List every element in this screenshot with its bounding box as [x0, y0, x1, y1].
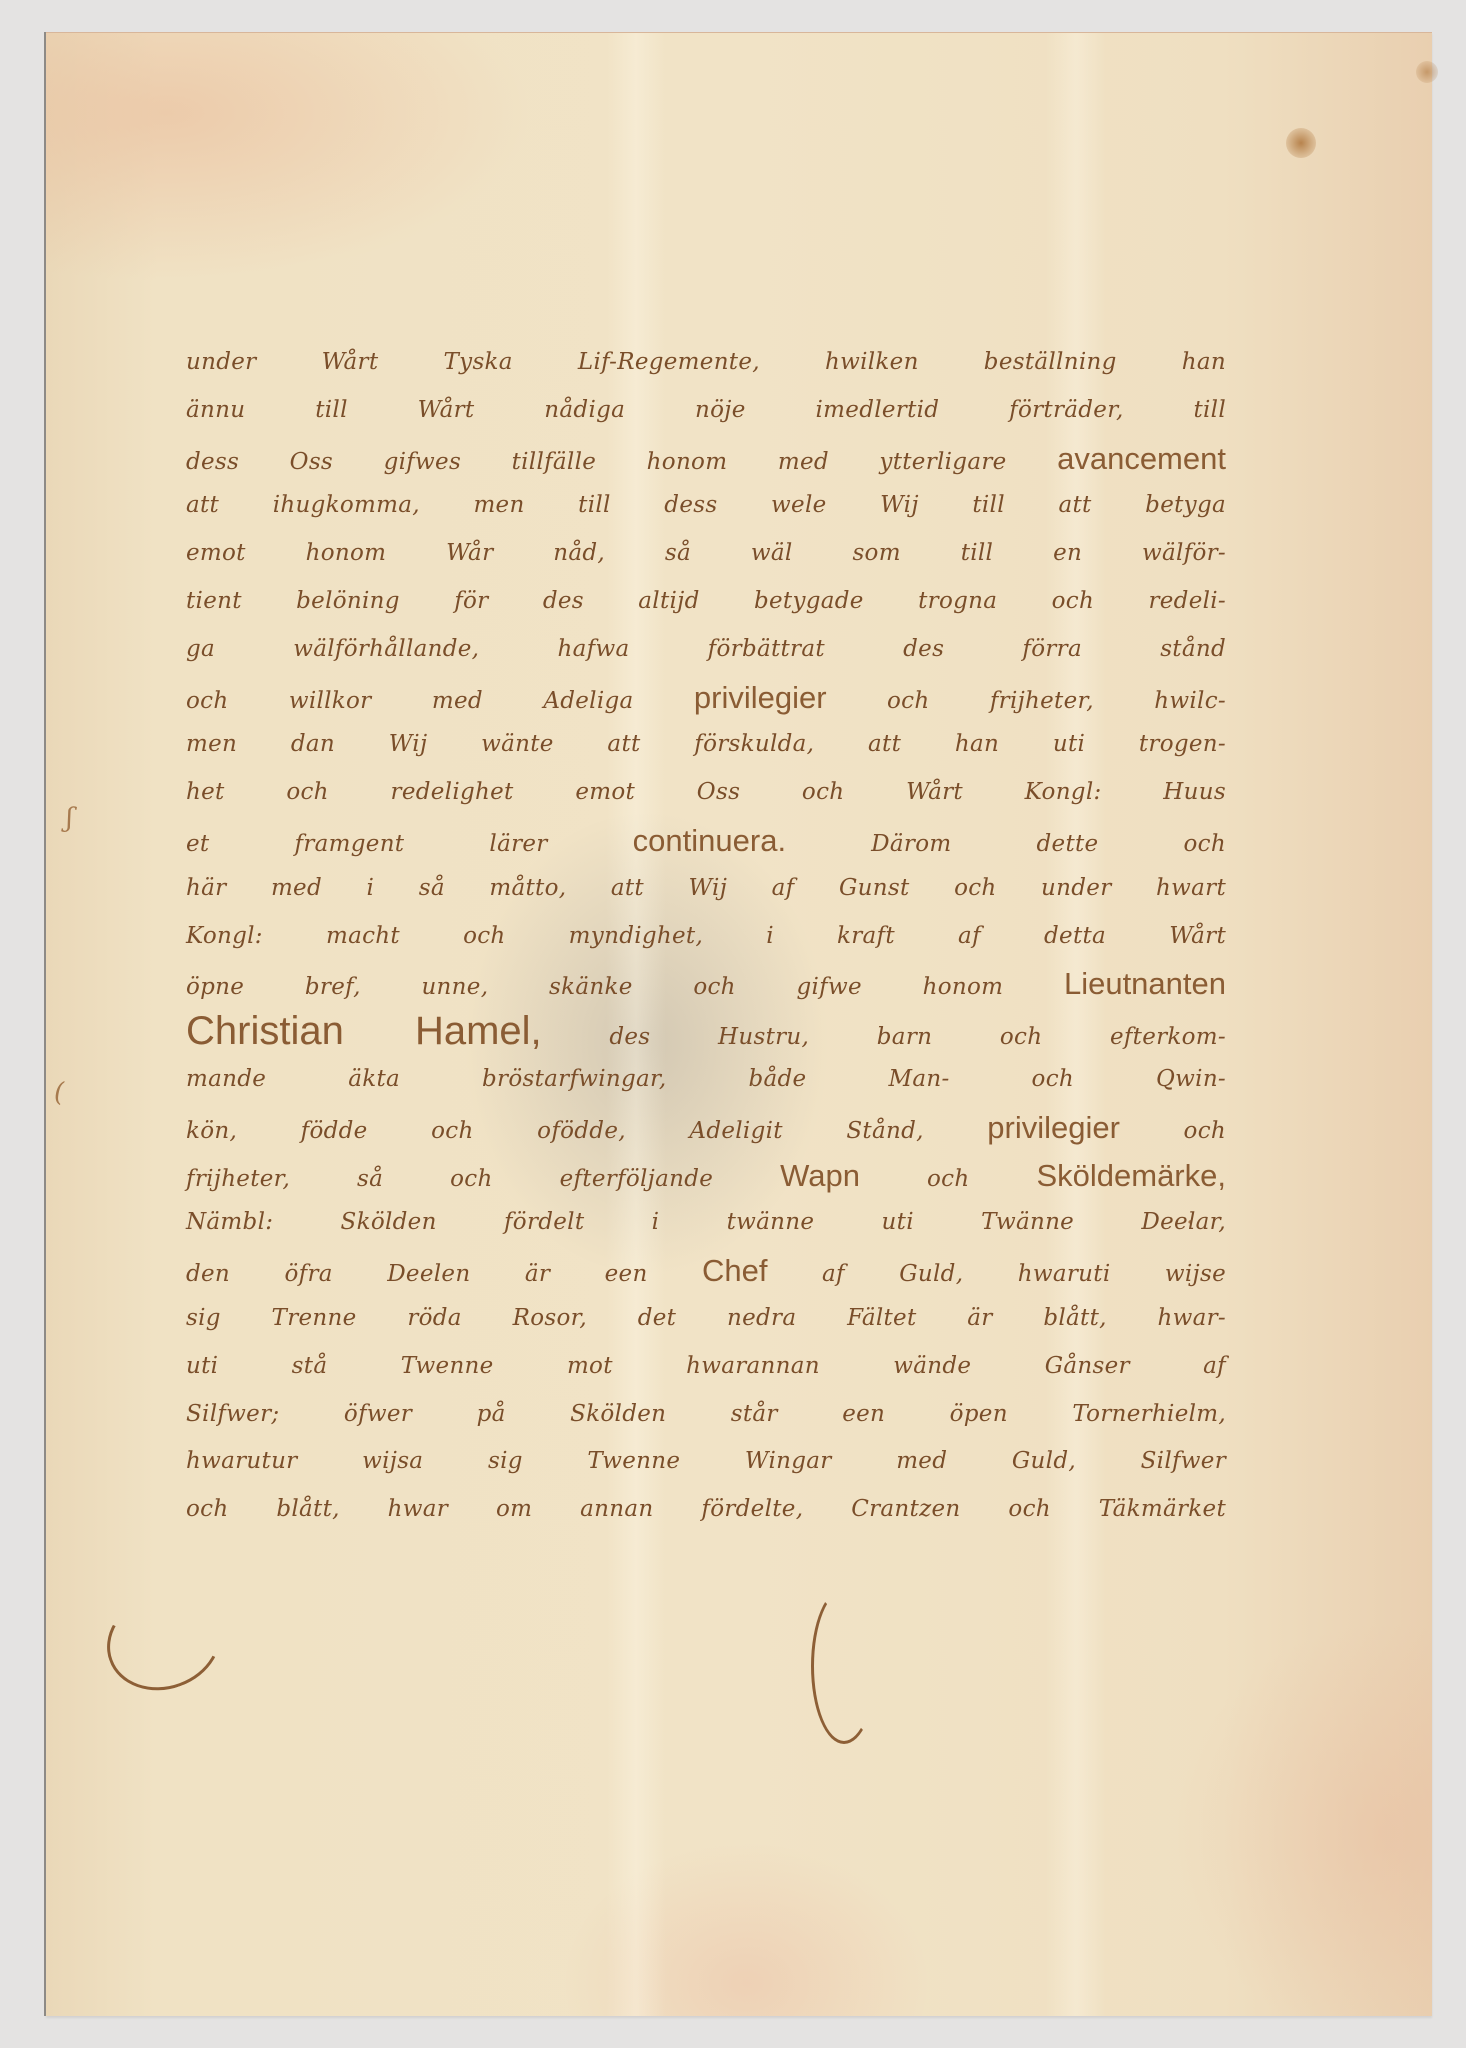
ink-flourish	[811, 1588, 877, 1744]
manuscript-text: under Wårt Tyska Lif-Regemente, hwilken …	[186, 339, 1226, 1534]
text-line: och blått, hwar om annan fördelte, Crant…	[186, 1486, 1226, 1534]
latin-word: Lieutnanten	[1064, 966, 1226, 1001]
text-line: ga wälförhållande, hafwa förbättrat des …	[186, 626, 1226, 674]
margin-tear-mark: (	[54, 1078, 64, 1108]
text-line: uti stå Twenne mot hwarannan wände Gånse…	[186, 1343, 1226, 1391]
text-line: het och redelighet emot Oss och Wårt Kon…	[186, 769, 1226, 817]
text-fragment: och	[927, 1166, 969, 1192]
text-line: ännu till Wårt nådiga nöje imedlertid fö…	[186, 387, 1226, 435]
text-line: här med i så måtto, att Wij af Gunst och…	[186, 865, 1226, 913]
text-fragment: af Guld, hwaruti wijse	[822, 1261, 1226, 1287]
ink-flourish	[93, 1576, 235, 1706]
latin-word: Chef	[702, 1253, 767, 1288]
text-line: sig Trenne röda Rosor, det nedra Fältet …	[186, 1295, 1226, 1343]
text-line: et framgent lärer continuera. Därom dett…	[186, 817, 1226, 865]
latin-word: avancement	[1057, 441, 1226, 476]
text-line: den öfra Deelen är een Chef af Guld, hwa…	[186, 1247, 1226, 1295]
text-line: kön, födde och ofödde, Adeligit Stånd, p…	[186, 1104, 1226, 1152]
text-fragment: öpne bref, unne, skänke och gifwe honom	[186, 974, 1003, 1000]
text-line: Kongl: macht och myndighet, i kraft af d…	[186, 913, 1226, 961]
recipient-name: Christian Hamel,	[186, 1009, 542, 1053]
latin-word: Wapn	[780, 1158, 860, 1193]
text-line: mande äkta bröstarfwingar, både Man- och…	[186, 1056, 1226, 1104]
text-fragment: dess Oss gifwes tillfälle honom med ytte…	[186, 449, 1007, 475]
text-line: emot honom Wår nåd, så wäl som till en w…	[186, 530, 1226, 578]
text-line: att ihugkomma, men till dess wele Wij ti…	[186, 482, 1226, 530]
text-line: Silfwer; öfwer på Skölden står een öpen …	[186, 1391, 1226, 1439]
text-line: Christian Hamel, des Hustru, barn och ef…	[186, 1008, 1226, 1056]
text-fragment: et framgent lärer	[186, 831, 548, 857]
text-line: öpne bref, unne, skänke och gifwe honom …	[186, 960, 1226, 1008]
margin-tear-mark: ʃ	[66, 803, 73, 833]
text-fragment: och	[1184, 1118, 1226, 1144]
text-fragment: frijheter, så och efterföljande	[186, 1166, 713, 1192]
text-line: Nämbl: Skölden fördelt i twänne uti Twän…	[186, 1199, 1226, 1247]
text-fragment: Därom dette och	[871, 831, 1226, 857]
text-fragment: och willkor med Adeliga	[186, 688, 634, 714]
latin-word: Sköldemärke,	[1036, 1158, 1226, 1193]
foxing-stain	[1416, 61, 1438, 83]
latin-word: privilegier	[987, 1110, 1120, 1145]
text-line: under Wårt Tyska Lif-Regemente, hwilken …	[186, 339, 1226, 387]
text-line: tient belöning för des altijd betygade t…	[186, 578, 1226, 626]
latin-word: privilegier	[694, 680, 827, 715]
text-line: och willkor med Adeliga privilegier och …	[186, 674, 1226, 722]
text-line: men dan Wij wänte att förskulda, att han…	[186, 721, 1226, 769]
text-line: frijheter, så och efterföljande Wapn och…	[186, 1152, 1226, 1200]
text-fragment: den öfra Deelen är een	[186, 1261, 648, 1287]
manuscript-page: ʃ ( · under Wårt Tyska Lif-Regemente, hw…	[46, 32, 1432, 2016]
text-line: hwarutur wijsa sig Twenne Wingar med Gul…	[186, 1438, 1226, 1486]
text-fragment: kön, födde och ofödde, Adeligit Stånd,	[186, 1118, 924, 1144]
text-line: dess Oss gifwes tillfälle honom med ytte…	[186, 435, 1226, 483]
text-fragment: och frijheter, hwilc-	[887, 688, 1226, 714]
text-fragment: des Hustru, barn och efterkom-	[609, 1024, 1226, 1050]
foxing-stain	[1286, 128, 1316, 158]
latin-word: continuera.	[633, 823, 786, 858]
